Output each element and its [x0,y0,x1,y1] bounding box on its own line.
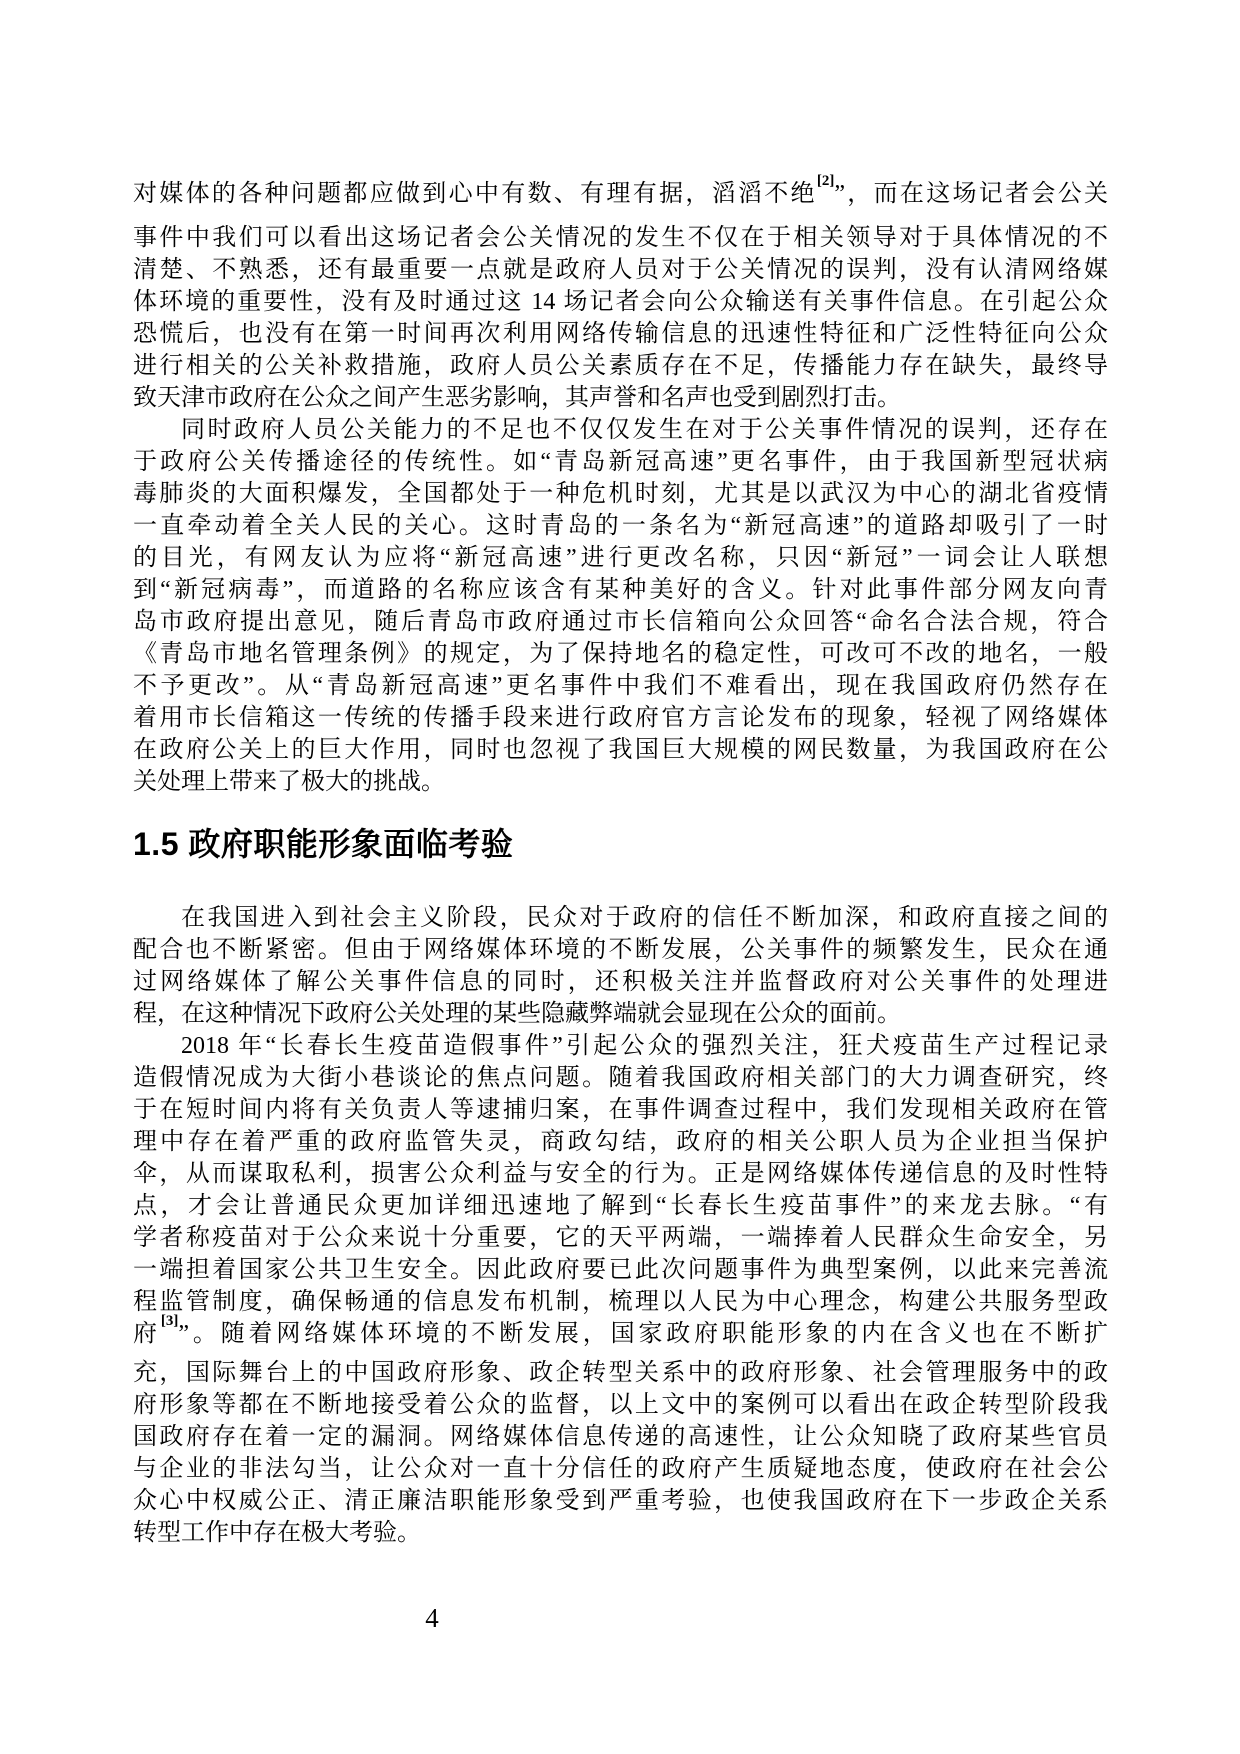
text-line: 关处理上带来了极大的挑战。 [133,766,1108,798]
paragraph-4-lines-b: 充，国际舞台上的中国政府形象、政企转型关系中的政府形象、社会管理服务中的政府形象… [133,1357,1108,1517]
text-line: 清楚、不熟悉，还有最重要一点就是政府人员对于公关情况的误判，没有认清网络媒 [133,254,1108,286]
text-line: 于政府公关传播途径的传统性。如“青岛新冠高速”更名事件，由于我国新型冠状病 [133,446,1108,478]
text-line-with-citation: 府[3]”。随着网络媒体环境的不断发展，国家政府职能形象的内在含义也在不断扩 [133,1318,1108,1350]
text-line: 到“新冠病毒”，而道路的名称应该含有某种美好的含义。针对此事件部分网友向青 [133,574,1108,606]
text-line: 造假情况成为大街小巷谈论的焦点问题。随着我国政府相关部门的大力调查研究，终 [133,1062,1108,1094]
page-content: 对媒体的各种问题都应做到心中有数、有理有据，滔滔不绝[2]”，而在这场记者会公关… [133,178,1108,1549]
paragraph-2-lines: 于政府公关传播途径的传统性。如“青岛新冠高速”更名事件，由于我国新型冠状病毒肺炎… [133,446,1108,766]
text-line: 国政府存在着一定的漏洞。网络媒体信息传递的高速性，让公众知晓了政府某些官员 [133,1421,1108,1453]
text-line: 转型工作中存在极大考验。 [133,1517,1108,1549]
paragraph-1-lines: 事件中我们可以看出这场记者会公关情况的发生不仅在于相关领导对于具体情况的不清楚、… [133,222,1108,382]
text-line: 程监管制度，确保畅通的信息发布机制，梳理以人民为中心理念，构建公共服务型政 [133,1286,1108,1318]
text-line: 学者称疫苗对于公众来说十分重要，它的天平两端，一端捧着人民群众生命安全，另 [133,1222,1108,1254]
text-line: 配合也不断紧密。但由于网络媒体环境的不断发展，公关事件的频繁发生，民众在通 [133,934,1108,966]
text-line: 体环境的重要性，没有及时通过这 14 场记者会向公众输送有关事件信息。在引起公众 [133,286,1108,318]
text-line-with-citation: 对媒体的各种问题都应做到心中有数、有理有据，滔滔不绝[2]”，而在这场记者会公关 [133,178,1108,210]
text-line: 一端担着国家公共卫生安全。因此政府要已此次问题事件为典型案例，以此来完善流 [133,1254,1108,1286]
citation-ref-2: [2] [817,173,835,189]
text-line: 众心中权威公正、清正廉洁职能形象受到严重考验，也使我国政府在下一步政企关系 [133,1485,1108,1517]
text-line: 毒肺炎的大面积爆发，全国都处于一种危机时刻，尤其是以武汉为中心的湖北省疫情 [133,478,1108,510]
text-line: 着用市长信箱这一传统的传播手段来进行政府官方言论发布的现象，轻视了网络媒体 [133,702,1108,734]
text-segment: ”。随着网络媒体环境的不断发展，国家政府职能形象的内在含义也在不断扩 [178,1321,1108,1347]
paragraph-1: 对媒体的各种问题都应做到心中有数、有理有据，滔滔不绝[2]”，而在这场记者会公关… [133,178,1108,414]
text-line: 与企业的非法勾当，让公众对一直十分信任的政府产生质疑地态度，使政府在社会公 [133,1453,1108,1485]
citation-ref-3: [3] [161,1313,179,1329]
text-line: 在我国进入到社会主义阶段，民众对于政府的信任不断加深，和政府直接之间的 [133,902,1108,934]
text-line: 恐慌后，也没有在第一时间再次利用网络传输信息的迅速性特征和广泛性特征向公众 [133,318,1108,350]
paragraph-3: 在我国进入到社会主义阶段，民众对于政府的信任不断加深，和政府直接之间的 配合也不… [133,902,1108,1030]
paragraph-3-lines: 配合也不断紧密。但由于网络媒体环境的不断发展，公关事件的频繁发生，民众在通过网络… [133,934,1108,998]
text-line: 不予更改”。从“青岛新冠高速”更名事件中我们不难看出，现在我国政府仍然存在 [133,670,1108,702]
paragraph-4-lines-a: 造假情况成为大街小巷谈论的焦点问题。随着我国政府相关部门的大力调查研究，终于在短… [133,1062,1108,1318]
text-line: 理中存在着严重的政府监管失灵，商政勾结，政府的相关公职人员为企业担当保护 [133,1126,1108,1158]
paragraph-2: 同时政府人员公关能力的不足也不仅仅发生在对于公关事件情况的误判，还存在 于政府公… [133,414,1108,798]
text-line: 点，才会让普通民众更加详细迅速地了解到“长春长生疫苗事件”的来龙去脉。“有 [133,1190,1108,1222]
text-line: 的目光，有网友认为应将“新冠高速”进行更改名称，只因“新冠”一词会让人联想 [133,542,1108,574]
text-line: 进行相关的公关补救措施，政府人员公关素质存在不足，传播能力存在缺失，最终导 [133,350,1108,382]
text-line: 伞，从而谋取私利，损害公众利益与安全的行为。正是网络媒体传递信息的及时性特 [133,1158,1108,1190]
text-line: 致天津市政府在公众之间产生恶劣影响，其声誉和名声也受到剧烈打击。 [133,382,1108,414]
text-line: 于在短时间内将有关负责人等逮捕归案，在事件调查过程中，我们发现相关政府在管 [133,1094,1108,1126]
section-heading: 1.5 政府职能形象面临考验 [133,822,1108,866]
text-line: 充，国际舞台上的中国政府形象、政企转型关系中的政府形象、社会管理服务中的政 [133,1357,1108,1389]
text-line: 一直牵动着全关人民的关心。这时青岛的一条名为“新冠高速”的道路却吸引了一时 [133,510,1108,542]
text-line: 《青岛市地名管理条例》的规定，为了保持地名的稳定性，可改可不改的地名，一般 [133,638,1108,670]
text-line: 程，在这种情况下政府公关处理的某些隐藏弊端就会显现在公众的面前。 [133,998,1108,1030]
text-line: 过网络媒体了解公关事件信息的同时，还积极关注并监督政府对公关事件的处理进 [133,966,1108,998]
text-segment: 对媒体的各种问题都应做到心中有数、有理有据，滔滔不绝 [133,181,817,207]
paragraph-4: 2018 年“长春长生疫苗造假事件”引起公众的强烈关注，狂犬疫苗生产过程记录 造… [133,1030,1108,1549]
text-segment: ”，而在这场记者会公关 [834,181,1108,207]
text-line: 2018 年“长春长生疫苗造假事件”引起公众的强烈关注，狂犬疫苗生产过程记录 [133,1030,1108,1062]
text-segment: 府 [133,1321,161,1347]
text-line: 事件中我们可以看出这场记者会公关情况的发生不仅在于相关领导对于具体情况的不 [133,222,1108,254]
text-line: 府形象等都在不断地接受着公众的监督，以上文中的案例可以看出在政企转型阶段我 [133,1389,1108,1421]
page-number: 4 [414,1602,450,1634]
text-line: 在政府公关上的巨大作用，同时也忽视了我国巨大规模的网民数量，为我国政府在公 [133,734,1108,766]
text-line: 同时政府人员公关能力的不足也不仅仅发生在对于公关事件情况的误判，还存在 [133,414,1108,446]
text-line: 岛市政府提出意见，随后青岛市政府通过市长信箱向公众回答“命名合法合规，符合 [133,606,1108,638]
